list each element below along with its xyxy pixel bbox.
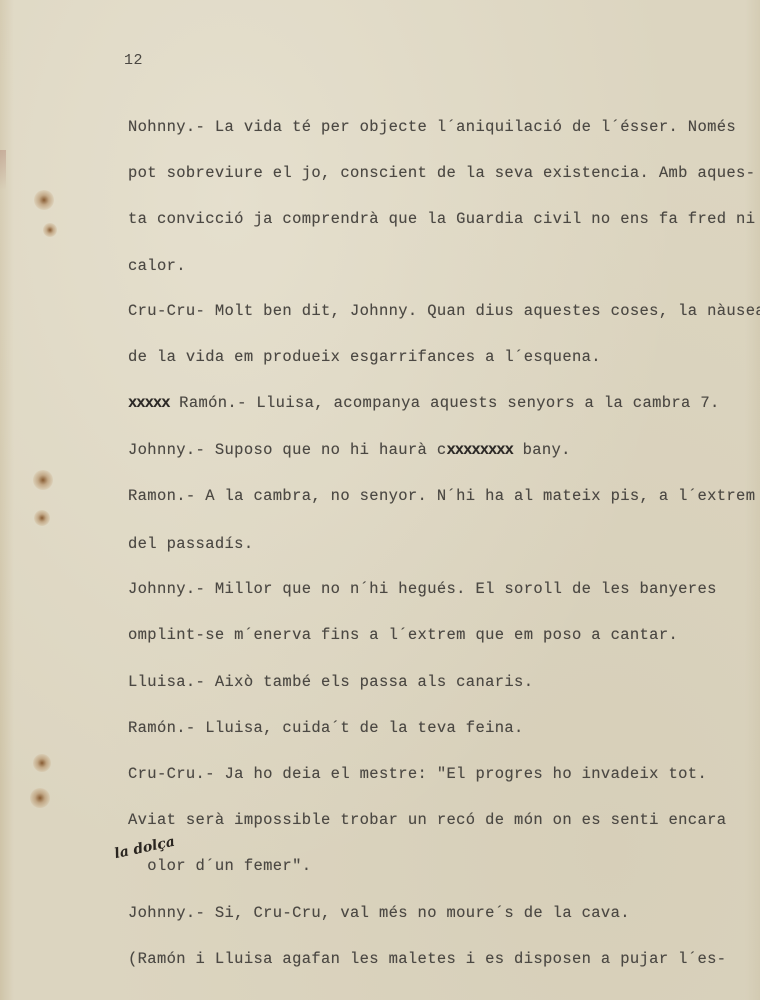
rust-stain — [34, 510, 50, 526]
text-line: Cru-Cru- Molt ben dit, Johnny. Quan dius… — [128, 302, 760, 320]
text-line: Lluisa.- Això també els passa als canari… — [128, 673, 533, 691]
text-line: Nohnny.- La vida té per objecte l´aniqui… — [128, 118, 736, 136]
rust-stain — [33, 470, 53, 490]
rust-stain — [30, 788, 50, 808]
text-line: Ramón.- Lluisa, cuida´t de la teva feina… — [128, 719, 524, 737]
text-line: xxxxx Ramón.- Lluisa, acompanya aquests … — [128, 394, 720, 412]
text-line: calor. — [128, 257, 186, 275]
page-number: 12 — [124, 52, 143, 69]
rust-stain — [43, 223, 57, 237]
rust-stain — [34, 190, 54, 210]
text-line: omplint-se m´enerva fins a l´extrem que … — [128, 626, 678, 644]
text-line: Johnny.- Suposo que no hi haurà cxxxxxxx… — [128, 441, 571, 459]
text-line: (Ramón i Lluisa agafan les maletes i es … — [128, 950, 726, 968]
text-line: Cru-Cru.- Ja ho deia el mestre: "El prog… — [128, 765, 707, 783]
text-line: olor d´un femer". — [128, 857, 311, 875]
struck-out-text: xxxxxxxx — [447, 441, 513, 459]
text-line: ta convicció ja comprendrà que la Guardi… — [128, 210, 755, 228]
text-line: Aviat serà impossible trobar un recó de … — [128, 811, 726, 829]
text-line: Johnny.- Si, Cru-Cru, val més no moure´s… — [128, 904, 630, 922]
line-text: Johnny.- Suposo que no hi haurà c — [128, 441, 447, 459]
line-text-tail: bany. — [513, 441, 571, 459]
text-line: Ramon.- A la cambra, no senyor. N´hi ha … — [128, 487, 755, 505]
struck-out-text: xxxxx — [128, 394, 170, 412]
text-line: Johnny.- Millor que no n´hi hegués. El s… — [128, 580, 717, 598]
paper-edge-mark — [0, 150, 6, 190]
text-line: de la vida em produeix esgarrifances a l… — [128, 348, 601, 366]
text-line: del passadís. — [128, 535, 253, 553]
text-line: pot sobreviure el jo, conscient de la se… — [128, 164, 755, 182]
line-text: Ramón.- Lluisa, acompanya aquests senyor… — [170, 394, 720, 412]
rust-stain — [33, 754, 51, 772]
